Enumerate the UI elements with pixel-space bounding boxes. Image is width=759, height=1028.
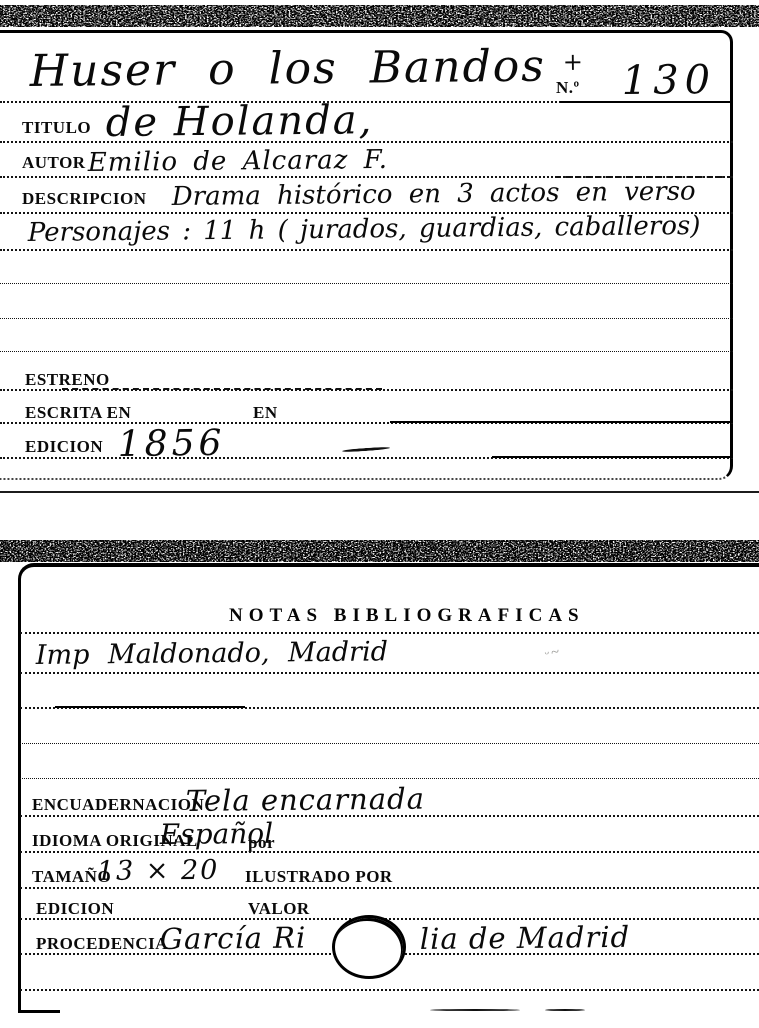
number-label: N.º [556, 78, 580, 98]
ruled-line [0, 249, 733, 251]
ruled-line [20, 672, 759, 674]
valor-label: VALOR [248, 899, 310, 919]
tamano-value: 13 × 20 [97, 855, 220, 887]
ruled-line [20, 778, 759, 779]
escrita-en-label: ESCRITA EN [25, 403, 131, 423]
ruled-line [0, 351, 733, 352]
title-handwritten-line2: de Holanda, [106, 97, 374, 146]
encuadernacion-value: Tela encarnada [186, 781, 425, 818]
encuadernacion-label: ENCUADERNACION [32, 795, 204, 815]
rule-solid-segment [390, 421, 733, 423]
en-label: EN [253, 403, 278, 423]
ruled-line [20, 743, 759, 744]
autor-label: AUTOR [22, 153, 86, 173]
title-handwritten-line1: Huser o los Bandos [29, 41, 546, 97]
edicion-label: EDICION [25, 437, 103, 457]
por-label: por [248, 833, 275, 853]
autor-value: Emilio de Alcaraz F. [88, 145, 388, 178]
rule-solid-segment [62, 388, 382, 390]
ruled-line [0, 283, 733, 284]
scan-noise-band-middle [0, 540, 759, 562]
titulo-label: TITULO [22, 118, 91, 138]
ruled-line [20, 887, 759, 889]
card-number-value: 130 [622, 57, 717, 104]
ruled-line [20, 632, 759, 634]
descripcion-value: Drama histórico en 3 actos en verso [172, 177, 696, 212]
scan-separator-line [0, 491, 759, 493]
notes-value: Imp Maldonado, Madrid [36, 636, 388, 671]
procedencia-value-right: lia de Madrid [420, 920, 631, 956]
scan-artifact-dash [430, 1009, 520, 1011]
notas-bibliograficas-heading: NOTAS BIBLIOGRAFICAS [229, 605, 585, 627]
rule-solid-segment [55, 706, 245, 708]
ruled-line [20, 989, 759, 991]
ruled-line [20, 851, 759, 853]
ilustrado-por-label: ILUSTRADO POR [245, 867, 393, 887]
procedencia-label: PROCEDENCIA [36, 934, 168, 954]
rule-solid-segment [492, 456, 733, 458]
scan-artifact-dash [545, 1009, 585, 1011]
edicion2-label: EDICION [36, 899, 114, 919]
descripcion-label: DESCRIPCION [22, 189, 147, 209]
procedencia-value-left: García Ri [160, 920, 307, 956]
edicion-value: 1856 [118, 423, 226, 465]
plus-mark: + [563, 48, 583, 76]
catalog-card-scan: Huser o los Bandos + N.º 130 TITULO de H… [0, 0, 759, 1028]
scan-noise-band-top [0, 5, 759, 27]
smudge-mark: ᵕ~ [543, 643, 563, 663]
card2-bottom-corner [18, 1001, 60, 1013]
hole-punch [332, 915, 406, 979]
ruled-line [0, 318, 733, 319]
estreno-label: ESTRENO [25, 370, 110, 390]
